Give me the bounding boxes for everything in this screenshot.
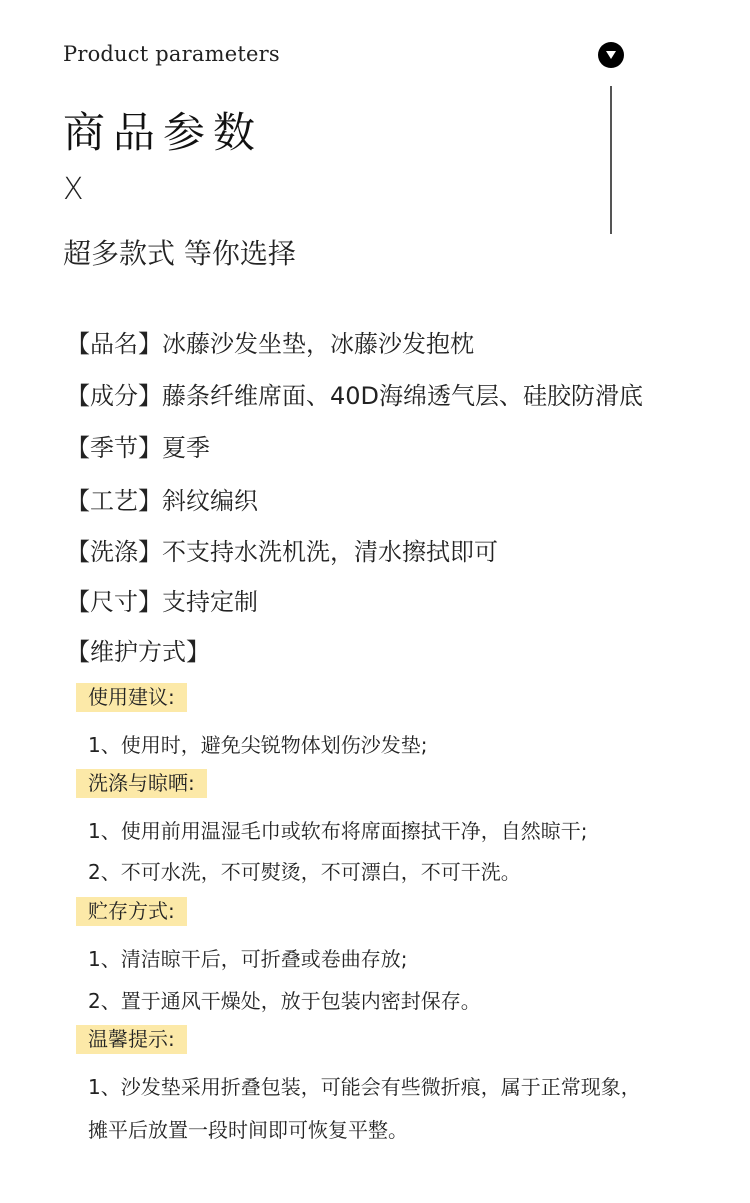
- tag-tips: 温馨提示:: [76, 1025, 187, 1054]
- x-mark: X: [63, 172, 84, 207]
- down-triangle-circle-icon: [598, 42, 624, 68]
- param-label: 【品名】: [66, 330, 162, 358]
- list-item: 2、置于通风干燥处，放于包装内密封保存。: [88, 985, 481, 1014]
- param-row: 【维护方式】: [66, 632, 210, 667]
- param-value: 冰藤沙发坐垫，冰藤沙发抱枕: [162, 330, 474, 358]
- list-item: 1、使用前用温湿毛巾或软布将席面擦拭干净，自然晾干;: [88, 815, 587, 844]
- param-label: 【尺寸】: [66, 588, 162, 616]
- chinese-section-title: 商品参数: [63, 100, 263, 160]
- param-value: 支持定制: [162, 588, 258, 616]
- param-row: 【洗涤】不支持水洗机洗，清水擦拭即可: [66, 532, 498, 567]
- list-item: 2、不可水洗，不可熨烫，不可漂白，不可干洗。: [88, 856, 521, 885]
- list-item: 1、清洁晾干后，可折叠或卷曲存放;: [88, 943, 407, 972]
- param-row: 【季节】夏季: [66, 428, 210, 463]
- tag-storage: 贮存方式:: [76, 897, 187, 926]
- slogan: 超多款式 等你选择: [63, 232, 296, 272]
- param-row: 【工艺】斜纹编织: [66, 481, 258, 516]
- param-row: 【成分】藤条纤维席面、40D海绵透气层、硅胶防滑底: [66, 376, 643, 411]
- param-value: 斜纹编织: [162, 487, 258, 515]
- list-item: 1、沙发垫采用折叠包装，可能会有些微折痕，属于正常现象，: [88, 1071, 641, 1100]
- param-value: 不支持水洗机洗，清水擦拭即可: [162, 538, 498, 566]
- param-value: 藤条纤维席面、40D海绵透气层、硅胶防滑底: [162, 382, 643, 410]
- param-value: 夏季: [162, 434, 210, 462]
- list-item: 1、使用时，避免尖锐物体划伤沙发垫;: [88, 729, 427, 758]
- param-row: 【品名】冰藤沙发坐垫，冰藤沙发抱枕: [66, 324, 474, 359]
- param-label: 【洗涤】: [66, 538, 162, 566]
- english-section-title: Product parameters: [63, 42, 280, 66]
- tag-washing-drying: 洗涤与晾晒:: [76, 769, 207, 798]
- list-item: 摊平后放置一段时间即可恢复平整。: [88, 1114, 408, 1143]
- param-label: 【工艺】: [66, 487, 162, 515]
- param-label: 【季节】: [66, 434, 162, 462]
- param-label: 【维护方式】: [66, 638, 210, 666]
- param-label: 【成分】: [66, 382, 162, 410]
- vertical-divider: [610, 86, 612, 234]
- param-row: 【尺寸】支持定制: [66, 582, 258, 617]
- tag-usage-advice: 使用建议:: [76, 683, 187, 712]
